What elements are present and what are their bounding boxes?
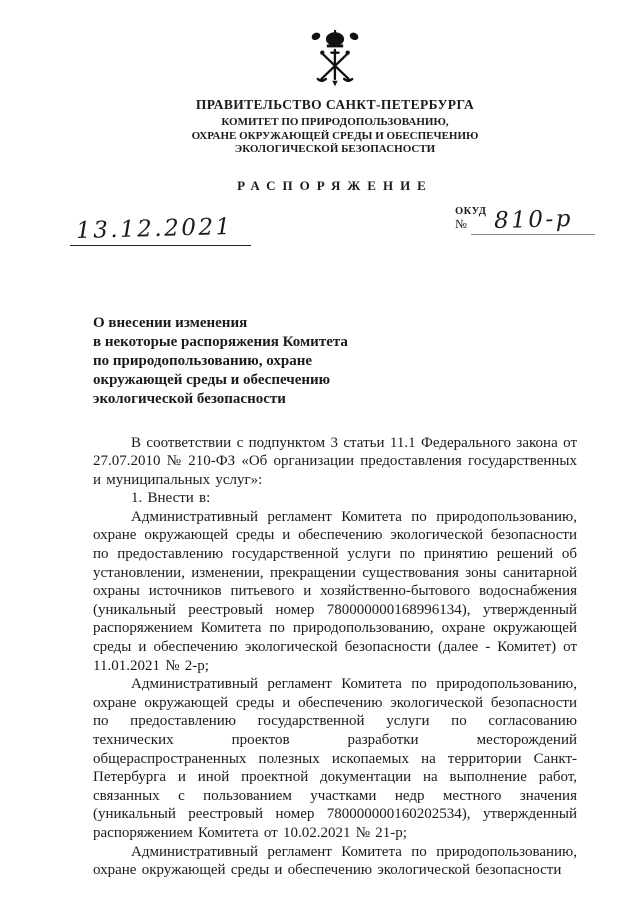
document-header: ПРАВИТЕЛЬСТВО САНКТ-ПЕТЕРБУРГА КОМИТЕТ П… bbox=[93, 28, 577, 194]
title-line: по природопользованию, охране bbox=[93, 352, 577, 371]
requisites-row: 13.12.2021 ОКУД № 810-р bbox=[70, 206, 595, 264]
document-type-heading: РАСПОРЯЖЕНИЕ bbox=[93, 178, 577, 194]
saint-petersburg-coat-of-arms-icon bbox=[306, 28, 364, 90]
committee-name-line2: ОХРАНЕ ОКРУЖАЮЩЕЙ СРЕДЫ И ОБЕСПЕЧЕНИЮ bbox=[93, 130, 577, 144]
body-paragraph-item-1: 1. Внести в: bbox=[93, 489, 577, 508]
body-paragraph-regulation-3: Административный регламент Комитета по п… bbox=[93, 843, 577, 880]
document-title: О внесении изменения в некоторые распоря… bbox=[93, 314, 577, 409]
body-paragraph-legal-basis: В соответствии с подпунктом 3 статьи 11.… bbox=[93, 434, 577, 490]
date-field: 13.12.2021 bbox=[70, 214, 251, 246]
number-field: ОКУД № 810-р bbox=[455, 206, 595, 235]
body-paragraph-regulation-1: Административный регламент Комитета по п… bbox=[93, 508, 577, 675]
body-paragraph-regulation-2: Административный регламент Комитета по п… bbox=[93, 675, 577, 842]
document-page: ПРАВИТЕЛЬСТВО САНКТ-ПЕТЕРБУРГА КОМИТЕТ П… bbox=[0, 0, 640, 905]
handwritten-number: 810-р bbox=[493, 205, 573, 233]
handwritten-date: 13.12.2021 bbox=[76, 213, 233, 243]
government-name: ПРАВИТЕЛЬСТВО САНКТ-ПЕТЕРБУРГА bbox=[93, 97, 577, 113]
title-line: в некоторые распоряжения Комитета bbox=[93, 333, 577, 352]
handwritten-number-line: 810-р bbox=[471, 207, 595, 235]
number-sign: № bbox=[455, 217, 467, 235]
title-line: О внесении изменения bbox=[93, 314, 577, 333]
committee-name-line3: ЭКОЛОГИЧЕСКОЙ БЕЗОПАСНОСТИ bbox=[93, 143, 577, 157]
committee-name-line1: КОМИТЕТ ПО ПРИРОДОПОЛЬЗОВАНИЮ, bbox=[93, 116, 577, 130]
title-line: экологической безопасности bbox=[93, 390, 577, 409]
document-body: В соответствии с подпунктом 3 статьи 11.… bbox=[93, 434, 577, 880]
title-line: окружающей среды и обеспечению bbox=[93, 371, 577, 390]
